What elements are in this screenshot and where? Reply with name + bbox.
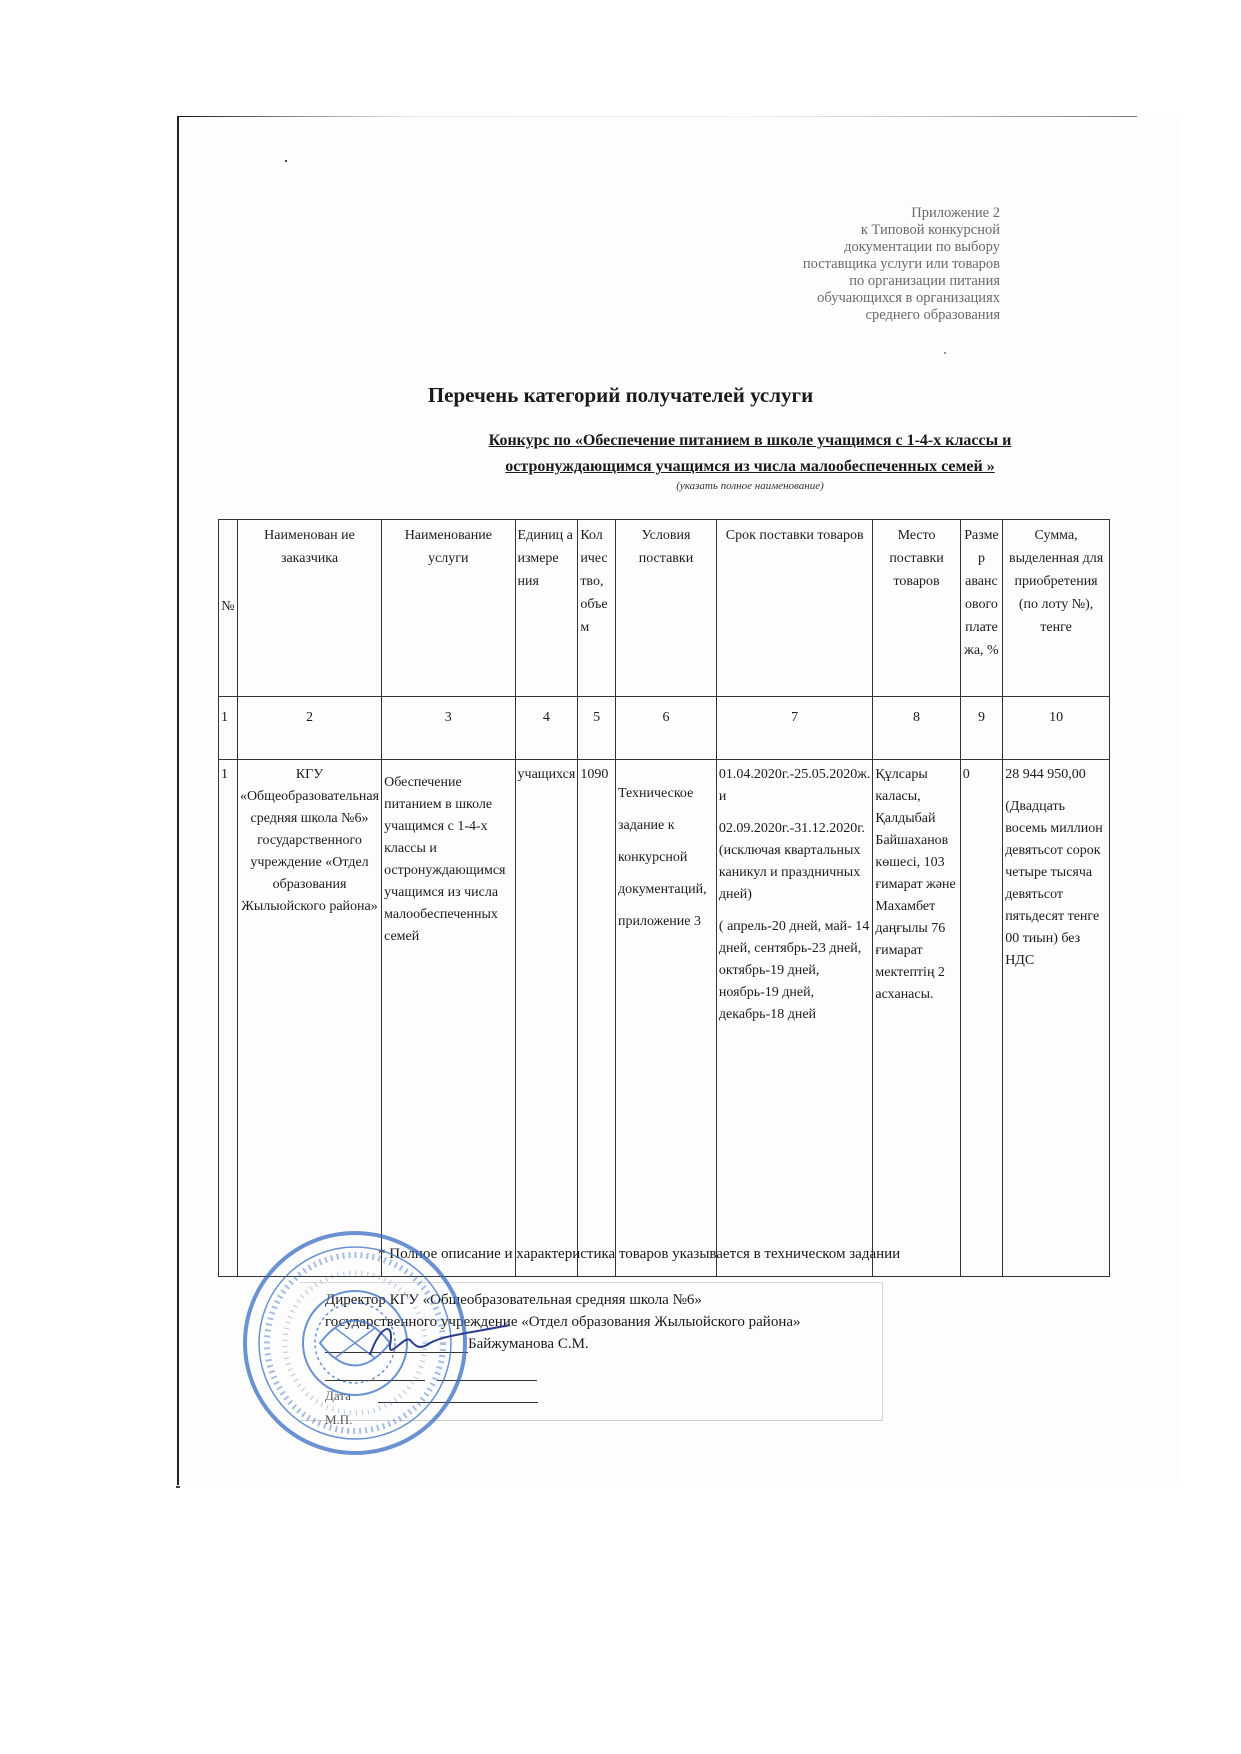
header-quantity: Кол ичес тво, объе м	[578, 520, 616, 697]
appendix-line: среднего образования	[803, 307, 1000, 324]
header-service: Наименование услуги	[382, 520, 515, 697]
cell-unit: учащихся	[515, 760, 578, 1277]
appendix-note: Приложение 2 к Типовой конкурсной докуме…	[803, 205, 1000, 324]
subtitle-hint: (указать полное наименование)	[300, 480, 1200, 492]
cell-advance: 0	[960, 760, 1003, 1277]
amount-words: (Двадцать восемь миллион девятьсот сорок…	[1005, 796, 1107, 972]
header-advance: Разме р аванс ового плате жа, %	[960, 520, 1003, 697]
amount-value: 28 944 950,00	[1005, 764, 1107, 786]
cell-amount: 28 944 950,00 (Двадцать восемь миллион д…	[1003, 760, 1110, 1277]
cell-period: 01.04.2020г.-25.05.2020ж. и 02.09.2020г.…	[716, 760, 873, 1277]
appendix-line: Приложение 2	[803, 205, 1000, 222]
header-terms: Условия поставки	[615, 520, 716, 697]
cell-no: 1	[219, 760, 238, 1277]
subtitle-line: остронуждающимся учащимся из числа малоо…	[300, 454, 1200, 480]
scan-speck	[944, 352, 946, 354]
cell-quantity: 1090	[578, 760, 616, 1277]
cell-place: Құлсары каласы, Қалдыбай Байшаханов көше…	[873, 760, 960, 1277]
column-number: 7	[716, 697, 873, 760]
document-title: Перечень категорий получателей услуги	[0, 383, 1241, 408]
column-number: 9	[960, 697, 1003, 760]
scan-speck	[176, 1486, 180, 1488]
cell-service: Обеспечение питанием в школе учащимся с …	[382, 760, 515, 1277]
table-row: 1 КГУ «Общеобразовательная средняя школа…	[219, 760, 1110, 1277]
header-no: №	[219, 520, 238, 697]
column-number: 2	[237, 697, 381, 760]
handwritten-signature-icon	[350, 1315, 550, 1375]
header-period: Срок поставки товаров	[716, 520, 873, 697]
lot-table: № Наименован ие заказчика Наименование у…	[218, 519, 1110, 1277]
subtitle-line: Конкурс по «Обеспечение питанием в школе…	[300, 428, 1200, 454]
appendix-line: документации по выбору	[803, 239, 1000, 256]
header-amount: Сумма, выделенная для приобретения (по л…	[1003, 520, 1110, 697]
column-number: 6	[615, 697, 716, 760]
appendix-line: поставщика услуги или товаров	[803, 256, 1000, 273]
column-number: 4	[515, 697, 578, 760]
cell-customer: КГУ «Общеобразовательная средняя школа №…	[237, 760, 381, 1277]
header-unit: Единиц а измере ния	[515, 520, 578, 697]
tender-subtitle: Конкурс по «Обеспечение питанием в школе…	[300, 428, 1200, 480]
header-place: Место поставки товаров	[873, 520, 960, 697]
period-part: ( апрель-20 дней, май- 14 дней, сентябрь…	[719, 916, 871, 1026]
column-number: 1	[219, 697, 238, 760]
appendix-line: к Типовой конкурсной	[803, 222, 1000, 239]
period-part: 02.09.2020г.-31.12.2020г. (исключая квар…	[719, 818, 871, 906]
header-customer: Наименован ие заказчика	[237, 520, 381, 697]
column-number: 8	[873, 697, 960, 760]
table-header-row: № Наименован ие заказчика Наименование у…	[219, 520, 1110, 697]
column-number: 3	[382, 697, 515, 760]
scan-speck	[285, 160, 287, 162]
column-number: 10	[1003, 697, 1110, 760]
cell-terms: Техническое задание к конкурсной докумен…	[615, 760, 716, 1277]
appendix-line: обучающихся в организациях	[803, 290, 1000, 307]
period-part: 01.04.2020г.-25.05.2020ж. и	[719, 764, 871, 808]
column-number-row: 1 2 3 4 5 6 7 8 9 10	[219, 697, 1110, 760]
appendix-line: по организации питания	[803, 273, 1000, 290]
column-number: 5	[578, 697, 616, 760]
